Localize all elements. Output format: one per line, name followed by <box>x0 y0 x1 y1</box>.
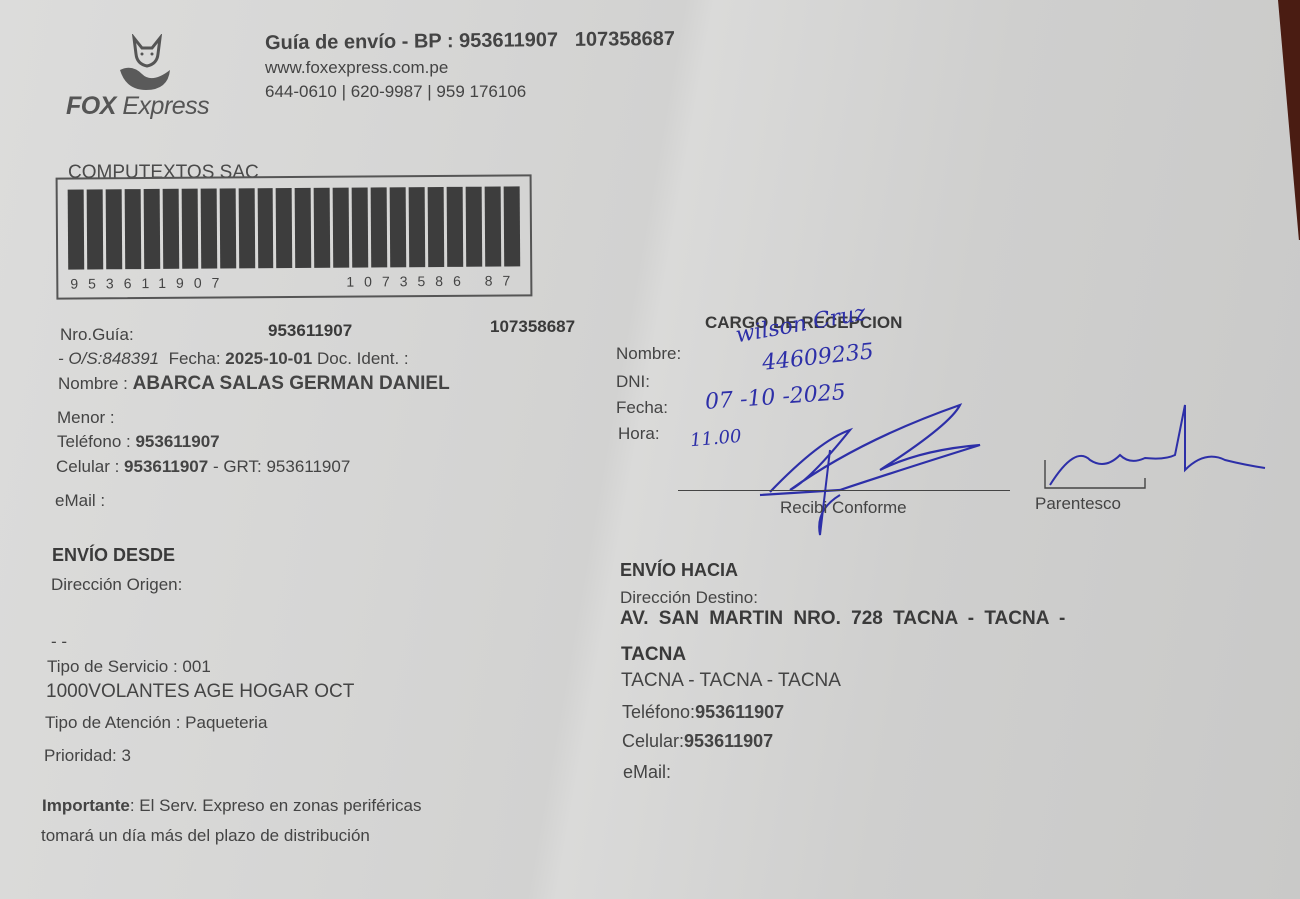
barcode-bar <box>276 188 293 268</box>
destination-address-label: Dirección Destino: <box>620 588 758 608</box>
phone-numbers: 644-0610 | 620-9987 | 959 176106 <box>265 82 526 102</box>
service-description: 1000VOLANTES AGE HOGAR OCT <box>46 681 354 703</box>
barcode-digits: 9536119071073586 87 <box>70 272 520 291</box>
barcode-bar <box>106 189 123 269</box>
website: www.foxexpress.com.pe <box>265 58 448 78</box>
nro-guia-label: Nro.Guía: <box>60 325 134 345</box>
barcode-bar <box>68 189 85 269</box>
origin-heading: ENVÍO DESDE <box>52 545 175 566</box>
reception-hora-label: Hora: <box>618 424 660 444</box>
priority: Prioridad: 3 <box>44 746 131 766</box>
reception-nombre-label: Nombre: <box>616 344 681 364</box>
barcode-bar <box>371 187 388 267</box>
barcode-bar <box>143 189 160 269</box>
barcode-bar <box>409 187 426 267</box>
destination-telefono: Teléfono:953611907 <box>622 702 784 723</box>
barcode-bar <box>314 188 331 268</box>
signature-scribble <box>700 400 1000 540</box>
important-notice-line2: tomará un día más del plazo de distribuc… <box>41 826 370 846</box>
destination-address-line1: AV. SAN MARTIN NRO. 728 TACNA - TACNA - <box>620 608 1065 630</box>
telefono: Teléfono : 953611907 <box>57 432 220 452</box>
barcode-bar <box>352 187 369 267</box>
barcode-bar <box>162 189 179 269</box>
guide-title: Guía de envío - BP : 953611907 107358687 <box>265 28 675 55</box>
barcode-bar <box>390 187 407 267</box>
barcode-bar <box>466 187 483 267</box>
barcode-bar <box>181 189 198 269</box>
barcode-bar <box>447 187 464 267</box>
email-label: eMail : <box>55 491 105 511</box>
barcode-bar <box>238 188 255 268</box>
barcode-bars <box>68 186 521 269</box>
barcode-bar <box>87 189 104 269</box>
os-fecha-line: - O/S:848391 Fecha: 2025-10-01 Doc. Iden… <box>58 349 409 369</box>
barcode-bar <box>428 187 445 267</box>
barcode-bar <box>125 189 142 269</box>
menor-label: Menor : <box>57 408 115 428</box>
relationship-label: Parentesco <box>1035 494 1121 514</box>
destination-region: TACNA - TACNA - TACNA <box>621 670 841 692</box>
nro-guia-secondary: 107358687 <box>490 317 575 337</box>
signature-line <box>678 490 1010 491</box>
origin-address-label: Dirección Origen: <box>51 575 182 595</box>
attention-type: Tipo de Atención : Paqueteria <box>45 713 267 733</box>
barcode-bar <box>219 188 236 268</box>
fox-icon <box>112 34 182 94</box>
celular-grt: Celular : 953611907 - GRT: 953611907 <box>56 457 350 477</box>
brand-logo: FOX Express <box>66 92 209 121</box>
barcode-bar <box>257 188 274 268</box>
destination-celular: Celular:953611907 <box>622 731 773 752</box>
barcode-bar <box>485 187 502 267</box>
barcode-bar <box>200 189 217 269</box>
relationship-scribble <box>1035 400 1285 500</box>
destination-email-label: eMail: <box>623 762 671 783</box>
reception-dni-label: DNI: <box>616 372 650 392</box>
reception-fecha-label: Fecha: <box>616 398 668 418</box>
origin-address-value: - - <box>51 632 67 652</box>
important-notice: Importante: El Serv. Expreso en zonas pe… <box>42 796 422 816</box>
signature-label: Recibi Conforme <box>780 498 907 518</box>
barcode: 9536119071073586 87 <box>56 174 533 299</box>
recipient-name: Nombre : ABARCA SALAS GERMAN DANIEL <box>58 373 450 395</box>
barcode-bar <box>504 186 521 266</box>
barcode-bar <box>295 188 312 268</box>
destination-heading: ENVÍO HACIA <box>620 560 738 581</box>
destination-address-line2: TACNA <box>621 644 686 666</box>
service-type: Tipo de Servicio : 001 <box>47 657 211 677</box>
nro-guia-value: 953611907 <box>268 321 352 341</box>
barcode-bar <box>333 188 350 268</box>
